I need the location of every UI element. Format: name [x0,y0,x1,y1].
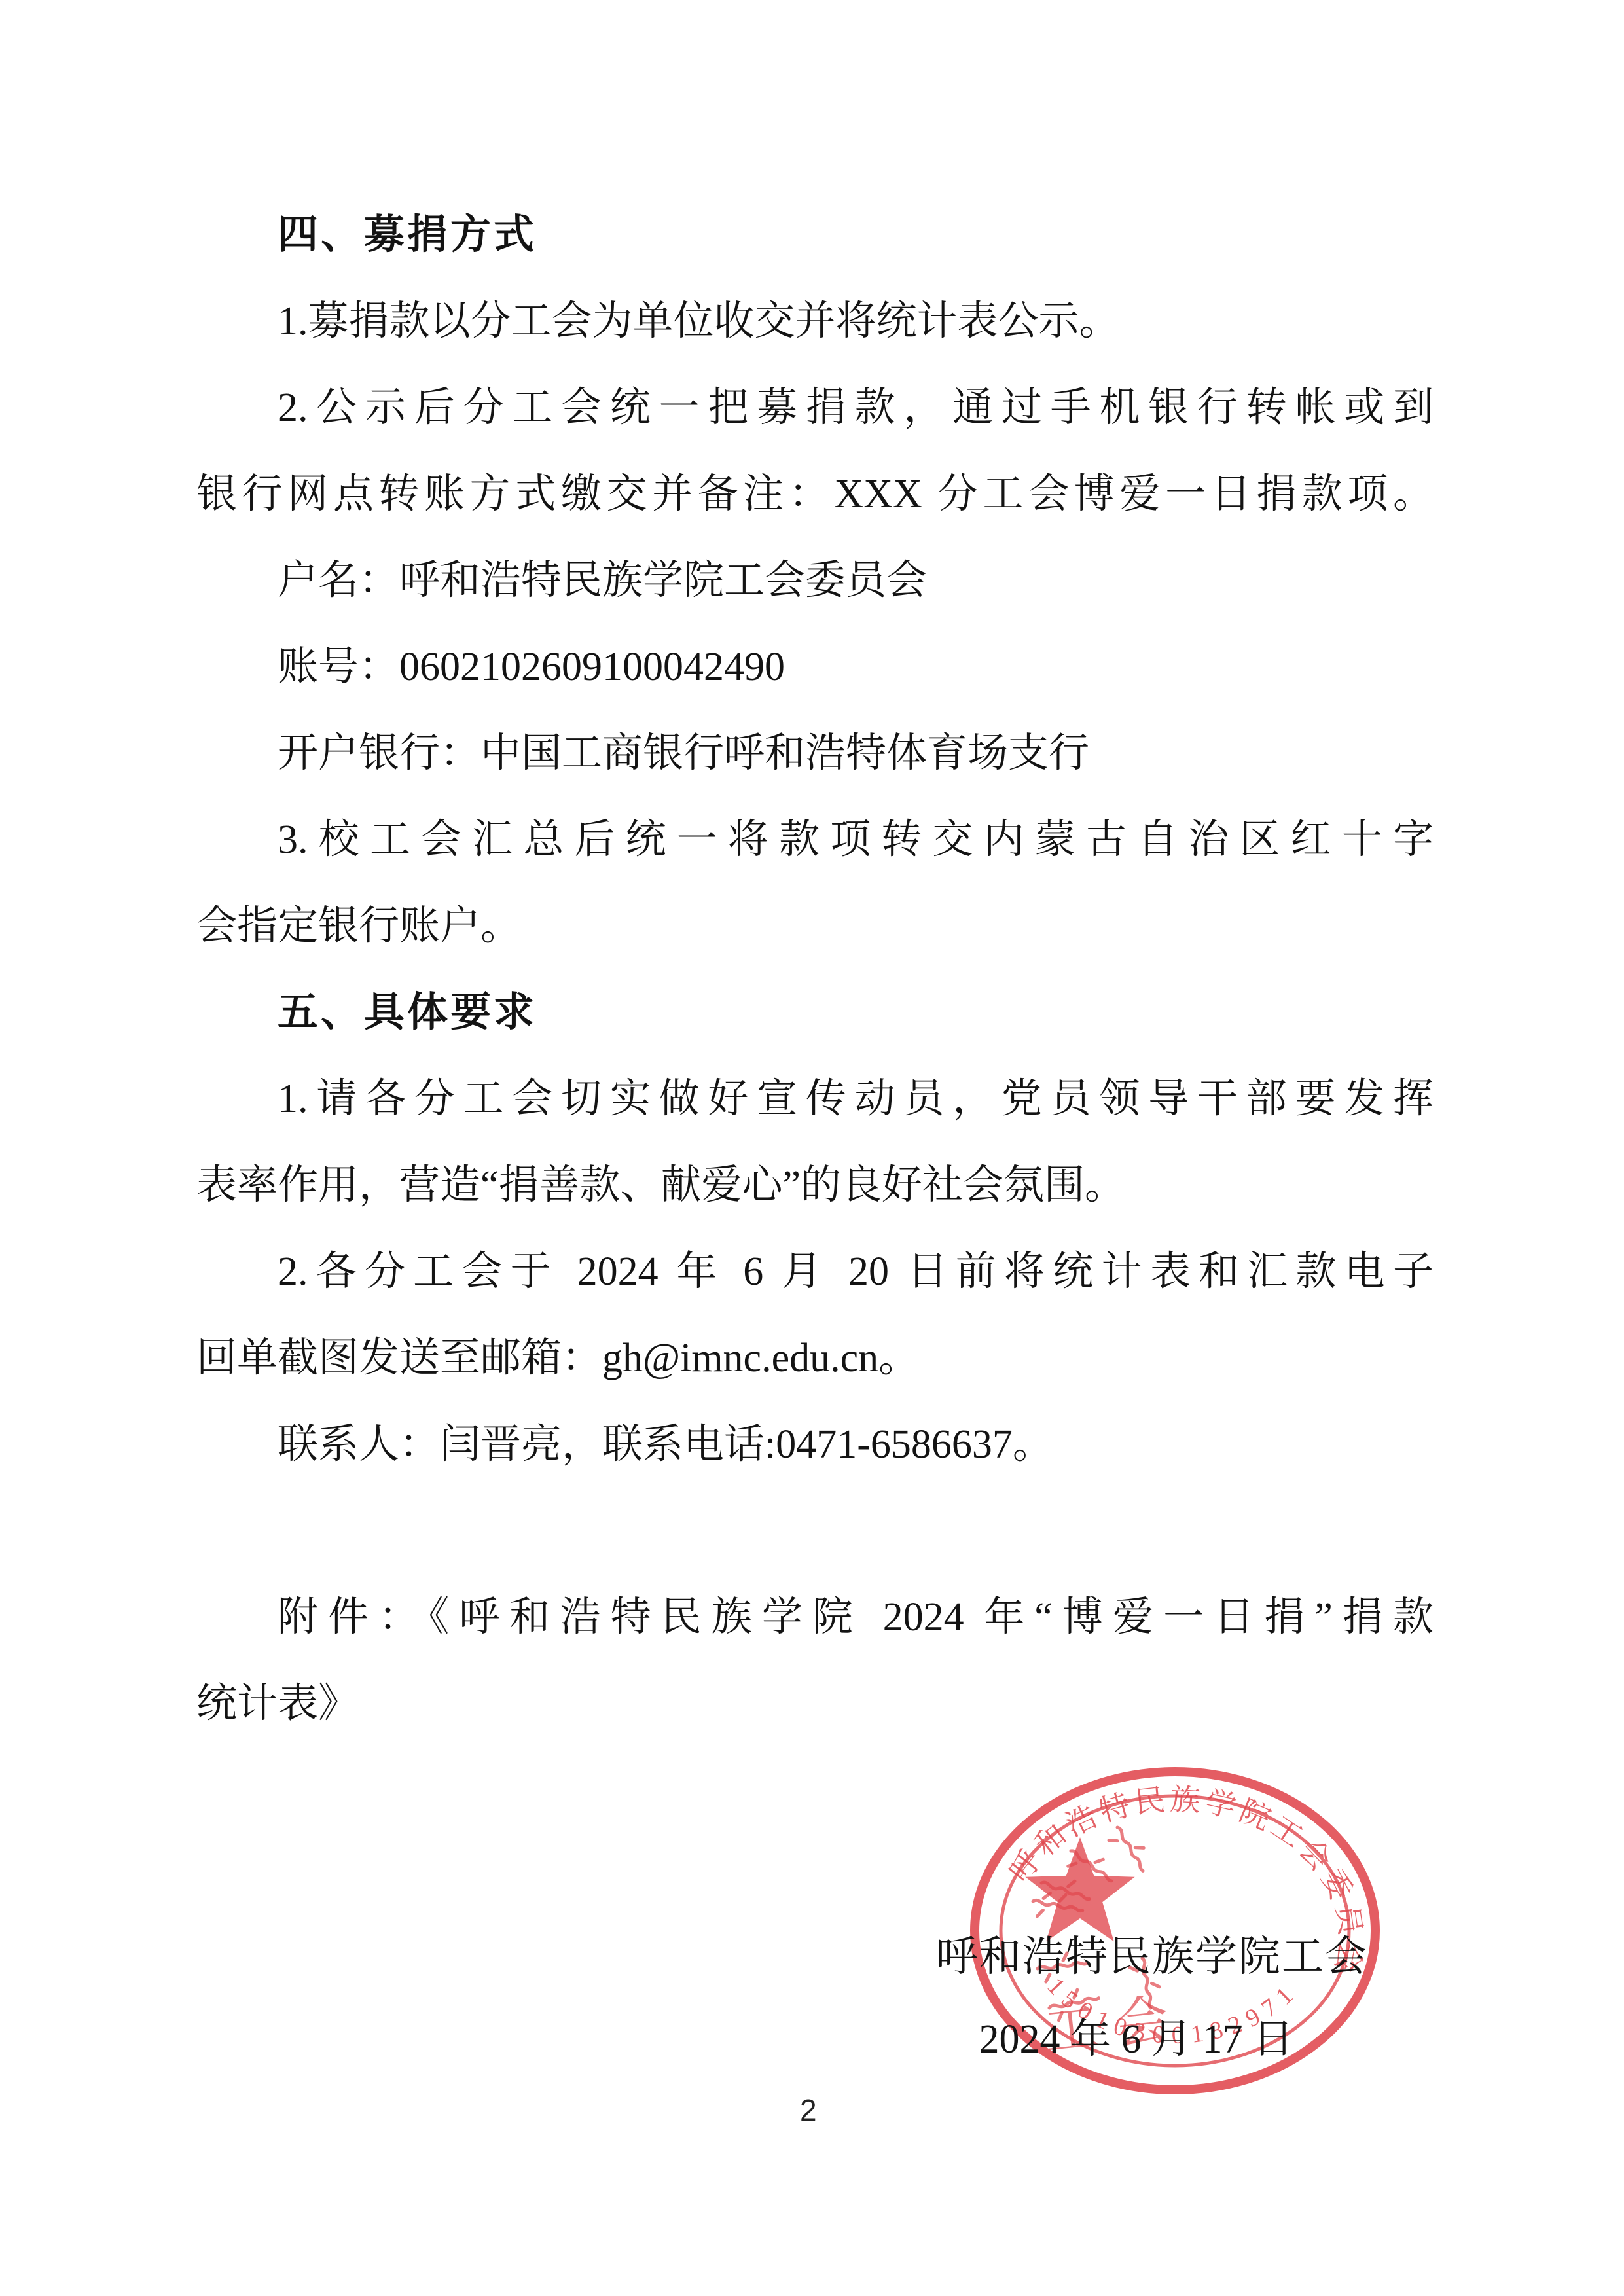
doc-line: 2.公示后分工会统一把募捐款，通过手机银行转帐或到 [196,365,1434,451]
section-heading: 五、具体要求 [196,969,1434,1056]
doc-line: 银行网点转账方式缴交并备注：XXX 分工会博爱一日捐款项。 [196,451,1434,537]
doc-line: 表率作用，营造“捐善款、献爱心”的良好社会氛围。 [196,1142,1434,1229]
signature-date: 2024 年 6 月 17 日 [979,2015,1293,2064]
document-body: 四、募捐方式 1.募捐款以分工会为单位收交并将统计表公示。 2.公示后分工会统一… [196,192,1434,1747]
doc-line: 户名：呼和浩特民族学院工会委员会 [196,537,1434,624]
doc-line: 2.各分工会于 2024 年 6 月 20 日前将统计表和汇款电子 [196,1229,1434,1315]
doc-line: 会指定银行账户。 [196,883,1434,969]
page-number: 2 [800,2092,817,2128]
doc-line: 1.募捐款以分工会为单位收交并将统计表公示。 [196,278,1434,365]
doc-line: 1.请各分工会切实做好宣传动员，党员领导干部要发挥 [196,1056,1434,1142]
blank-line [196,1488,1434,1574]
section-heading: 四、募捐方式 [196,192,1434,278]
doc-line: 账号：0602102609100042490 [196,624,1434,710]
doc-line: 回单截图发送至邮箱：gh@imnc.edu.cn。 [196,1315,1434,1401]
attachment-line: 附件：《呼和浩特民族学院 2024 年“博爱一日捐”捐款 [196,1574,1434,1660]
doc-line: 联系人：闫晋亮，联系电话:0471-6586637。 [196,1401,1434,1488]
signature-org: 呼和浩特民族学院工会 [936,1932,1368,1982]
doc-line: 3.校工会汇总后统一将款项转交内蒙古自治区红十字 [196,797,1434,883]
document-page: 四、募捐方式 1.募捐款以分工会为单位收交并将统计表公示。 2.公示后分工会统一… [0,0,1624,2296]
attachment-line: 统计表》 [196,1660,1434,1747]
doc-line: 开户银行：中国工商银行呼和浩特体育场支行 [196,710,1434,797]
